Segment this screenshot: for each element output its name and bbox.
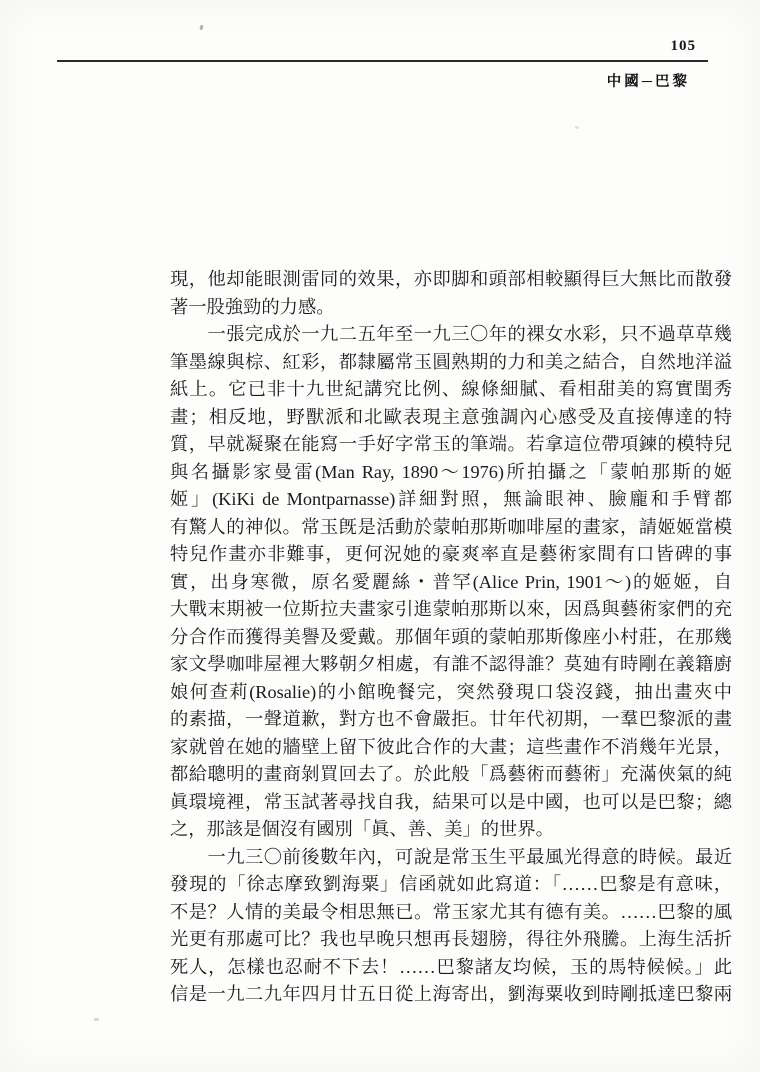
text-line: 現，他却能眼測雷同的效果，亦即脚和頭部相較顯得巨大無比而散發: [170, 266, 732, 294]
running-head: 中國─巴黎: [607, 70, 690, 91]
text-line: 筆墨線與棕、紅彩，都隸屬常玉圓熟期的力和美之結合，自然地洋溢: [170, 349, 732, 377]
text-line: 大戰末期被一位斯拉夫畫家引進蒙帕那斯以來，因爲與藝術家們的充: [170, 596, 732, 624]
scan-speck: [199, 25, 203, 31]
text-line: 分合作而獲得美譽及愛戴。那個年頭的蒙帕那斯像座小村莊，在那幾: [170, 624, 732, 652]
text-line: 光更有那處可比？我也早晚只想再長翅膀，得往外飛騰。上海生活折: [170, 926, 732, 954]
text-line: 畫；相反地，野獸派和北歐表現主意強調內心感受及直接傳達的特: [170, 404, 732, 432]
text-line: 紙上。它已非十九世紀講究比例、線條細膩、看相甜美的寫實閨秀: [170, 376, 732, 404]
text-line: 特兒作畫亦非難事，更何況她的豪爽率直是藝術家間有口皆碑的事: [170, 541, 732, 569]
text-line: 發現的「徐志摩致劉海粟」信函就如此寫道：「……巴黎是有意味，: [170, 871, 732, 899]
text-line: 家就曾在她的牆壁上留下彼此合作的大畫；這些畫作不消幾年光景，: [170, 734, 732, 762]
page-number: 105: [671, 38, 697, 55]
text-line: 都給聰明的畫商剝買回去了。於此般「爲藝術而藝術」充滿俠氣的純: [170, 761, 732, 789]
header-rule: [57, 60, 708, 62]
text-line: 著一股強勁的力感。: [170, 294, 732, 322]
text-line: 家文學咖啡屋裡大夥朝夕相處，有誰不認得誰？莫廸有時剛在義籍廚: [170, 651, 732, 679]
scan-speck: [575, 126, 579, 129]
text-line: 的素描，一聲道歉，對方也不會嚴拒。廿年代初期，一羣巴黎派的畫: [170, 706, 732, 734]
text-line: 信是一九二九年四月廿五日從上海寄出，劉海粟收到時剛抵達巴黎兩: [170, 981, 732, 1009]
text-line: 死人，怎樣也忍耐不下去！……巴黎諸友均候，玉的馬特候候。」此: [170, 954, 732, 982]
text-line: 質，早就凝聚在能寫一手好字常玉的筆端。若拿這位帶項鍊的模特兒: [170, 431, 732, 459]
scan-speck: [94, 1018, 99, 1021]
text-line: 與名攝影家曼雷(Man Ray, 1890～1976)所拍攝之「蒙帕那斯的姬: [170, 459, 732, 487]
text-line: 有驚人的神似。常玉旣是活動於蒙帕那斯咖啡屋的畫家，請姬姬當模: [170, 514, 732, 542]
scanned-page: 105 中國─巴黎 現，他却能眼測雷同的效果，亦即脚和頭部相較顯得巨大無比而散發…: [0, 0, 760, 1072]
text-line: 眞環境裡，常玉試著尋找自我，結果可以是中國，也可以是巴黎；總: [170, 789, 732, 817]
text-line: 不是？人情的美最令相思無已。常玉家尤其有德有美。……巴黎的風: [170, 899, 732, 927]
text-line: 一九三〇前後數年內，可說是常玉生平最風光得意的時候。最近: [170, 844, 732, 872]
text-line: 一張完成於一九二五年至一九三〇年的裸女水彩，只不過草草幾: [170, 321, 732, 349]
text-line: 姬」(KiKi de Montparnasse)詳細對照，無論眼神、臉龐和手臂都: [170, 486, 732, 514]
text-line: 之，那該是個沒有國別「眞、善、美」的世界。: [170, 816, 732, 844]
body-text: 現，他却能眼測雷同的效果，亦即脚和頭部相較顯得巨大無比而散發著一股強勁的力感。 …: [170, 266, 732, 1009]
text-line: 娘何查莉(Rosalie)的小館晚餐完，突然發現口袋沒錢，抽出畫夾中: [170, 679, 732, 707]
text-line: 實，出身寒微，原名愛麗絲・普罕(Alice Prin, 1901～)的姬姬，自: [170, 569, 732, 597]
